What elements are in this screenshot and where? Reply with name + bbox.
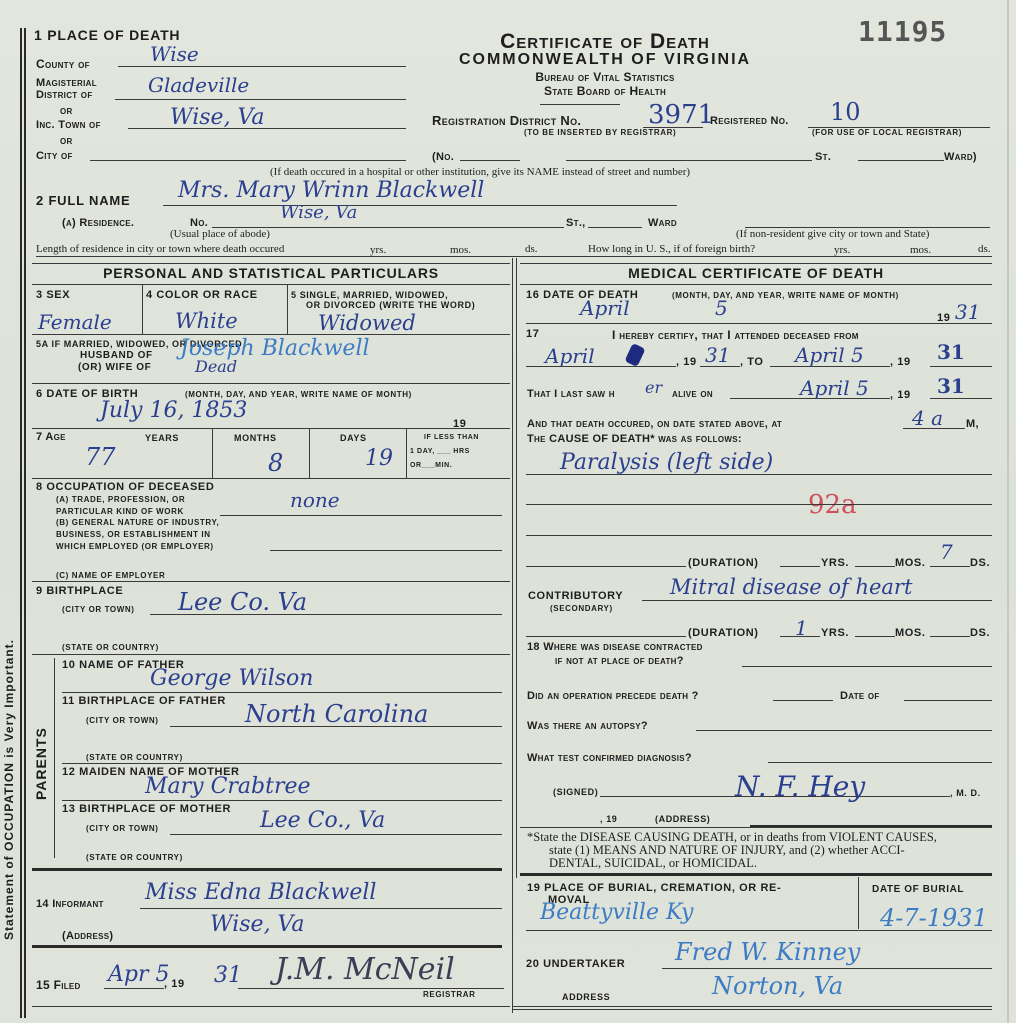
filed-year-prefix: , 19 — [164, 978, 185, 990]
cause-label: The CAUSE OF DEATH* was as follows: — [527, 433, 742, 445]
magisterial-label: Magisterial — [36, 77, 97, 89]
age-years: 77 — [85, 443, 116, 471]
contributory-label: Contributory — [528, 590, 623, 602]
city-label: City of — [36, 150, 73, 162]
hospital-note: (If death occured in a hospital or other… — [270, 166, 690, 178]
am-pm-label: M, — [966, 418, 979, 430]
attended-from-line — [526, 366, 676, 367]
death-occurred-label: And that death occured, on date stated a… — [527, 418, 782, 430]
operation-label: Did an operation precede death ? — [527, 690, 699, 702]
dob-value: July 16, 1853 — [100, 398, 247, 423]
sex-label: 3 SEX — [36, 289, 70, 301]
residence-label: (a) Residence. — [62, 217, 134, 229]
dob-row-line — [32, 428, 510, 429]
filed-date-value: Apr 5 — [108, 962, 169, 987]
occupation-b-2: business, or establishment in — [56, 530, 211, 539]
filed-top-border — [32, 945, 502, 948]
burial-place-value: Beattyville Ky — [540, 900, 693, 925]
secondary-label: (Secondary) — [550, 604, 613, 613]
sig-address-label: (Address) — [655, 814, 710, 824]
registration-district-label: Registration District No. — [432, 113, 581, 128]
last-saw-label: That I last saw h — [527, 388, 615, 400]
county-value: Wise — [150, 42, 199, 66]
test-line — [768, 762, 992, 763]
outer-border-left — [20, 28, 22, 1018]
duration-mos-line — [855, 566, 895, 567]
occupation-a-2: particular kind of work — [56, 507, 184, 516]
burial-date-value: 4-7-1931 — [880, 904, 988, 932]
medical-top-line — [520, 263, 992, 264]
registrar-signature: J.M. McNeil — [275, 952, 455, 987]
contrib-ds: ds. — [970, 627, 990, 639]
attended-from: April — [545, 344, 595, 368]
contributory-line — [642, 600, 992, 601]
bureau-label: Bureau of Vital Statistics — [430, 70, 780, 84]
occupation-b-1: (b) general nature of industry, — [56, 518, 219, 527]
length-residence-label: Length of residence in city or town wher… — [36, 243, 284, 255]
marital-value: Widowed — [318, 311, 416, 335]
to-label: , to — [740, 356, 764, 368]
residence-value: Wise, Va — [280, 202, 357, 223]
contrib-duration-yrs: 1 — [795, 616, 808, 640]
board-label: State Board of Health — [430, 84, 780, 98]
contrib-yrs: yrs. — [821, 627, 849, 639]
occupation-value: none — [290, 488, 340, 512]
last-saw-value: April 5 — [800, 376, 869, 400]
burial-top-border — [520, 873, 992, 876]
duration-ds: ds. — [970, 557, 990, 569]
mother-birthplace-label: 13 BIRTHPLACE OF MOTHER — [62, 803, 231, 815]
contrib-ds-line — [930, 636, 970, 637]
title-underline — [540, 104, 620, 105]
father-birthplace-label: 11 BIRTHPLACE OF FATHER — [62, 695, 226, 707]
side-margin-note: Statement of OCCUPATION is Very Importan… — [2, 639, 16, 940]
city-line — [90, 160, 406, 161]
undertaker-address-label: Address — [562, 992, 610, 1002]
full-name-value: Mrs. Mary Wrinn Blackwell — [178, 178, 484, 203]
full-name-label: 2 FULL NAME — [36, 193, 131, 208]
attended-to-year: 31 — [937, 340, 965, 364]
street-no-label: (No. — [432, 151, 454, 163]
inc-town-value: Wise, Va — [170, 105, 265, 130]
contrib-mos: mos. — [895, 627, 926, 639]
contracted-line — [742, 666, 992, 667]
street-no-line — [460, 160, 520, 161]
contrib-mos-line — [855, 636, 895, 637]
bottom-border — [32, 1006, 510, 1007]
occupation-a-1: (a) trade, profession, or — [56, 495, 185, 504]
mother-name-value: Mary Crabtree — [145, 774, 311, 799]
spouse-label-3: (or) WIFE of — [78, 362, 151, 373]
title-block: Certificate of Death Commonwealth of Vir… — [430, 30, 780, 98]
medical-heading-line — [520, 284, 992, 285]
foreign-ds: ds. — [978, 243, 991, 255]
occupation-label: 8 OCCUPATION OF DECEASED — [36, 481, 214, 493]
stamp-number: 11195 — [858, 15, 947, 48]
registration-district-note: (to be inserted by registrar) — [524, 128, 676, 137]
father-city-label: (city or town) — [86, 716, 159, 725]
contracted-label-1: 18 Where was disease contracted — [527, 641, 703, 653]
duration-line — [526, 566, 686, 567]
occupation-b-3: which employed (or employer) — [56, 542, 214, 551]
mother-state-label: (state or country) — [86, 853, 183, 862]
occupation-a-line — [220, 515, 502, 516]
operation-line — [773, 700, 833, 701]
personal-heading-line — [32, 284, 510, 285]
father-state-label: (state or country) — [86, 753, 183, 762]
ward-label: Ward) — [944, 151, 977, 163]
district-value: Gladeville — [148, 73, 249, 97]
cause-line-2 — [526, 504, 992, 505]
cause-duration-mos: 7 — [940, 540, 953, 564]
dod-day: 5 — [715, 296, 728, 320]
contributory-value: Mitral disease of heart — [670, 575, 912, 599]
operation-date-line — [904, 700, 992, 701]
residence-st-label: St., — [566, 217, 586, 229]
street-label: St. — [815, 151, 831, 163]
race-divider — [287, 285, 288, 334]
registrar-label: Registrar — [423, 990, 476, 999]
informant-address-label: (Address) — [62, 930, 113, 942]
cause-line-1 — [526, 474, 992, 475]
length-ds: ds. — [525, 243, 538, 255]
last-saw-pronoun: er — [645, 378, 662, 397]
nonresident-note: (If non-resident give city or town and S… — [736, 228, 929, 240]
dod-line — [526, 323, 992, 324]
length-line — [36, 256, 992, 257]
attended-to-line — [770, 366, 890, 367]
contrib-duration-line — [526, 636, 686, 637]
street-line — [566, 160, 812, 161]
cause-code: 92a — [808, 490, 857, 520]
or-label-1: or — [60, 105, 73, 117]
signed-value: N. F. Hey — [735, 770, 865, 803]
district-line — [115, 99, 406, 100]
age-months: 8 — [268, 449, 283, 477]
less-than-2: 1 day, ___ hrs — [410, 448, 470, 455]
ward-line — [858, 160, 944, 161]
sex-row-line — [32, 334, 510, 335]
informant-address-value: Wise, Va — [210, 912, 305, 937]
duration-ds-line — [930, 566, 970, 567]
filed-year-value: 31 — [214, 963, 242, 988]
dod-month: April — [580, 296, 630, 320]
father-state-line — [62, 763, 502, 764]
birthplace-state-label: (state or country) — [62, 643, 159, 652]
inc-town-label: Inc. Town of — [36, 119, 101, 131]
burial-place-label-1: 19 PLACE OF BURIAL, CREMATION, OR RE- — [527, 882, 781, 894]
months-label: Months — [234, 433, 277, 443]
commonwealth-title: Commonwealth of Virginia — [430, 51, 780, 69]
burial-date-label: Date of Burial — [872, 884, 964, 895]
foreign-birth-label: How long in U. S., if of foreign birth? — [588, 243, 755, 255]
county-line — [118, 66, 406, 67]
registrar-line — [238, 988, 504, 989]
occupation-b-line — [270, 550, 502, 551]
age-label: 7 Age — [36, 431, 66, 443]
duration-mos: mos. — [895, 557, 926, 569]
birthplace-row-line — [32, 654, 510, 655]
age-row-line — [32, 478, 510, 479]
birthplace-city-label: (city or town) — [62, 605, 135, 614]
mother-city-line — [170, 834, 502, 835]
test-label: What test confirmed diagnosis? — [527, 752, 692, 764]
attended-to-19: , 19 — [890, 356, 911, 368]
death-time: 4 a — [912, 406, 943, 430]
sex-value: Female — [38, 310, 112, 334]
undertaker-line — [662, 968, 992, 969]
mother-city-label: (city or town) — [86, 824, 159, 833]
foreign-yrs: yrs. — [834, 244, 850, 256]
undertaker-value: Fred W. Kinney — [675, 938, 860, 966]
occupation-row-line — [32, 581, 510, 582]
marital-label-2: or Divorced (write the word) — [306, 300, 475, 310]
full-name-line — [163, 205, 677, 206]
informant-top-border — [32, 868, 502, 871]
cause-value: Paralysis (left side) — [560, 450, 773, 475]
attended-from-year: 31 — [705, 343, 730, 367]
father-birthplace-value: North Carolina — [245, 700, 428, 728]
duration-label: (duration) — [688, 557, 759, 569]
death-certificate: Statement of OCCUPATION is Very Importan… — [0, 0, 1016, 1023]
residence-ward-label: Ward — [648, 217, 677, 229]
spouse-row-line — [32, 383, 510, 384]
months-divider — [309, 428, 310, 478]
county-label: County of — [36, 57, 90, 71]
dod-note: (month, day, and year, write name of mon… — [672, 291, 899, 300]
duration-yrs: yrs. — [821, 557, 849, 569]
parents-side-label: PARENTS — [33, 727, 49, 800]
personal-heading: Personal and Statistical Particulars — [32, 265, 510, 281]
burial-date-divider — [858, 877, 859, 929]
residence-note: (Usual place of abode) — [170, 228, 270, 240]
certify-label: I hereby certify, that I attended deceas… — [612, 328, 859, 342]
burial-place-line — [526, 930, 992, 931]
column-divider-inner — [516, 258, 517, 878]
days-divider — [406, 428, 407, 478]
marital-label-1: 5 Single, Married, Widowed, — [291, 290, 448, 300]
birthplace-value: Lee Co. Va — [178, 588, 307, 616]
years-divider — [212, 428, 213, 478]
mother-birthplace-value: Lee Co., Va — [260, 808, 385, 833]
attended-from-19: , 19 — [676, 356, 697, 368]
spouse-note: Dead — [195, 357, 237, 376]
registered-no-note: (for use of local registrar) — [812, 128, 962, 137]
cause-line-3 — [526, 535, 992, 536]
ink-blot — [624, 343, 645, 367]
mother-name-line — [62, 800, 502, 801]
filed-date-line — [104, 988, 164, 989]
autopsy-label: Was there an autopsy? — [527, 720, 648, 732]
last-saw-year-line — [930, 398, 992, 399]
outer-border-left-inner — [24, 28, 26, 1018]
contrib-duration-label: (duration) — [688, 627, 759, 639]
filed-label: 15 Filed — [36, 978, 81, 992]
alive-on-label: alive on — [672, 388, 713, 400]
right-bottom-border — [512, 1006, 992, 1007]
autopsy-line — [696, 730, 992, 731]
sex-divider — [142, 285, 143, 334]
father-name-value: George Wilson — [150, 666, 313, 691]
age-days: 19 — [365, 446, 393, 471]
sig-19: , 19 — [600, 814, 617, 824]
footnote-line-3: DENTAL, SUICIDAL, or HOMICIDAL. — [527, 857, 997, 870]
attended-from-year-line — [700, 366, 740, 367]
undertaker-address-value: Norton, Va — [712, 972, 843, 1000]
father-name-line — [62, 692, 502, 693]
operation-date-label: Date of — [840, 690, 880, 702]
undertaker-label: 20 UNDERTAKER — [526, 958, 625, 970]
residence-st-line — [588, 227, 642, 228]
length-yrs: yrs. — [370, 244, 386, 256]
signed-label: (Signed) — [553, 787, 598, 797]
length-mos: mos. — [450, 244, 471, 256]
race-value: White — [175, 309, 238, 333]
column-divider — [512, 258, 513, 878]
attended-to-year-line — [930, 366, 992, 367]
registered-no-value: 10 — [830, 98, 861, 126]
dod-year: 31 — [955, 300, 980, 324]
footnote: *State the DISEASE CAUSING DEATH, or in … — [527, 831, 997, 870]
informant-line — [140, 908, 502, 909]
contracted-label-2: if not at place of death? — [555, 655, 684, 667]
less-than-1: If less than — [424, 434, 479, 441]
spouse-label-2: HUSBAND of — [80, 350, 153, 361]
sig-address-line — [520, 827, 992, 828]
place-of-death-heading: 1 PLACE OF DEATH — [34, 27, 180, 43]
days-label: Days — [340, 433, 367, 443]
informant-value: Miss Edna Blackwell — [145, 880, 376, 905]
md-label: , M. D. — [950, 788, 981, 798]
district-label: District of — [36, 89, 93, 101]
page-edge-right — [1007, 0, 1009, 1023]
birthplace-label: 9 BIRTHPLACE — [36, 585, 123, 597]
right-bottom-border-2 — [512, 1009, 992, 1010]
occupation-c: (c) name of employer — [56, 571, 165, 580]
registration-district-value: 3971 — [648, 100, 714, 130]
medical-heading: Medical Certificate of Death — [520, 265, 992, 281]
personal-top-line — [32, 263, 510, 264]
registered-no-label: Registered No. — [710, 115, 789, 127]
duration-yrs-line — [780, 566, 820, 567]
certify-num: 17 — [526, 328, 539, 340]
foreign-mos: mos. — [910, 244, 931, 256]
years-label: Years — [145, 433, 179, 443]
less-than-3: or___min. — [410, 462, 452, 469]
informant-label: 14 Informant — [36, 898, 104, 910]
attended-to: April 5 — [795, 343, 864, 367]
parents-bracket — [54, 658, 55, 858]
last-saw-year: 31 — [937, 374, 965, 398]
or-label-2: or — [60, 135, 73, 147]
race-label: 4 COLOR OR RACE — [146, 289, 258, 301]
column-divider-lower — [512, 878, 513, 1013]
last-saw-19: , 19 — [890, 389, 911, 401]
